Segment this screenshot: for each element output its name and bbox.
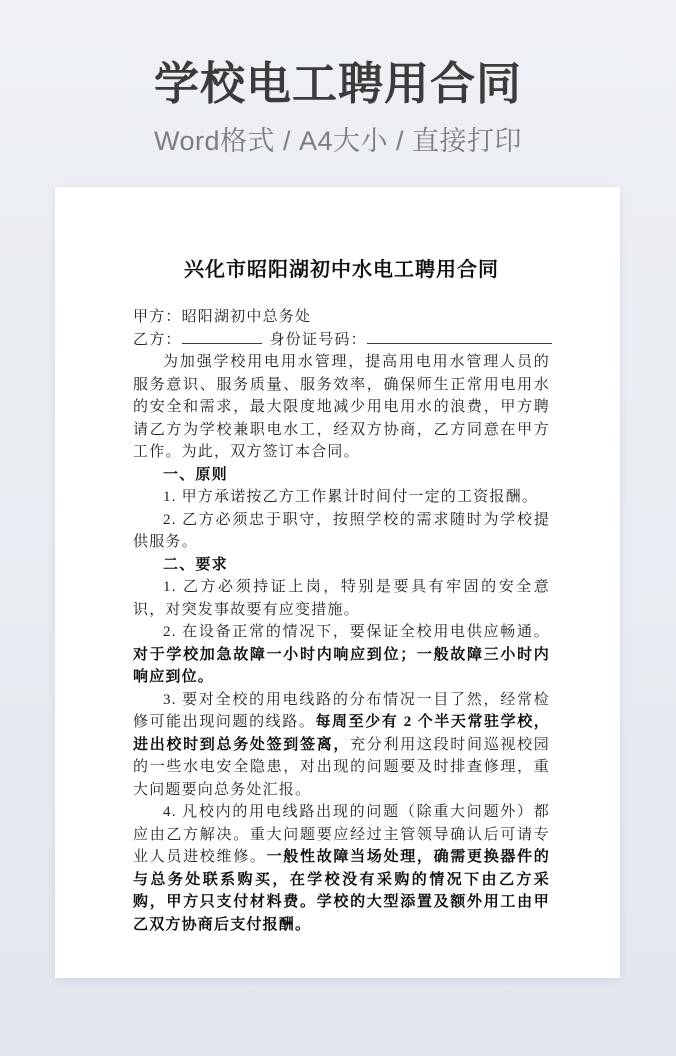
contract-paragraphs: 为加强学校用电用水管理，提高用电用水管理人员的服务意识、服务质量、服务效率，确保… (133, 351, 550, 936)
party-a-label: 甲方： (133, 309, 182, 325)
contract-paragraph: 1. 甲方承诺按乙方工作累计时间付一定的工资报酬。 (133, 486, 550, 509)
text-run: 2. 乙方必须忠于职守，按照学校的需求随时为学校提供服务。 (133, 512, 550, 551)
contract-title: 兴化市昭阳湖初中水电工聘用合同 (133, 253, 550, 282)
text-run: 1. 乙方必须持证上岗，特别是要具有牢固的安全意识，对突发事故要有应变措施。 (133, 579, 550, 618)
party-a-line: 甲方：昭阳湖初中总务处 (133, 306, 550, 329)
template-title: 学校电工聘用合同 (0, 58, 676, 110)
bold-text-run: 一、原则 (163, 467, 228, 483)
party-a-value: 昭阳湖初中总务处 (182, 309, 312, 325)
section-heading: 二、要求 (133, 554, 550, 577)
contract-paragraph: 4. 凡校内的用电线路出现的问题（除重大问题外）都应由乙方解决。重大问题要应经过… (133, 801, 550, 936)
document-page: 兴化市昭阳湖初中水电工聘用合同 甲方：昭阳湖初中总务处 乙方：身份证号码： 为加… (55, 187, 620, 978)
bold-text-run: 对于学校加急故障一小时内响应到位；一般故障三小时内响应到位。 (133, 647, 550, 686)
contract-paragraph: 3. 要对全校的用电线路的分布情况一目了然，经常检修可能出现问题的线路。每周至少… (133, 689, 550, 802)
template-subtitle: Word格式 / A4大小 / 直接打印 (0, 119, 676, 158)
contract-paragraph: 为加强学校用电用水管理，提高用电用水管理人员的服务意识、服务质量、服务效率，确保… (133, 351, 550, 464)
contract-paragraph: 2. 在设备正常的情况下，要保证全校用电供应畅通。对于学校加急故障一小时内响应到… (133, 621, 550, 689)
text-run: 1. 甲方承诺按乙方工作累计时间付一定的工资报酬。 (163, 489, 538, 505)
contract-paragraph: 2. 乙方必须忠于职守，按照学校的需求随时为学校提供服务。 (133, 509, 550, 554)
text-run: 为加强学校用电用水管理，提高用电用水管理人员的服务意识、服务质量、服务效率，确保… (133, 354, 550, 460)
party-b-line: 乙方：身份证号码： (133, 329, 550, 352)
party-b-name-blank (182, 331, 262, 344)
party-b-label: 乙方： (133, 332, 182, 348)
bold-text-run: 二、要求 (163, 557, 228, 573)
text-run: 2. 在设备正常的情况下，要保证全校用电供应畅通。 (163, 624, 550, 640)
party-b-id-blank (367, 331, 552, 344)
template-header: 学校电工聘用合同 Word格式 / A4大小 / 直接打印 (0, 58, 676, 158)
section-heading: 一、原则 (133, 464, 550, 487)
contract-paragraph: 1. 乙方必须持证上岗，特别是要具有牢固的安全意识，对突发事故要有应变措施。 (133, 576, 550, 621)
party-b-id-label: 身份证号码： (270, 332, 367, 348)
preview-canvas: 学校电工聘用合同 Word格式 / A4大小 / 直接打印 兴化市昭阳湖初中水电… (0, 0, 676, 1056)
